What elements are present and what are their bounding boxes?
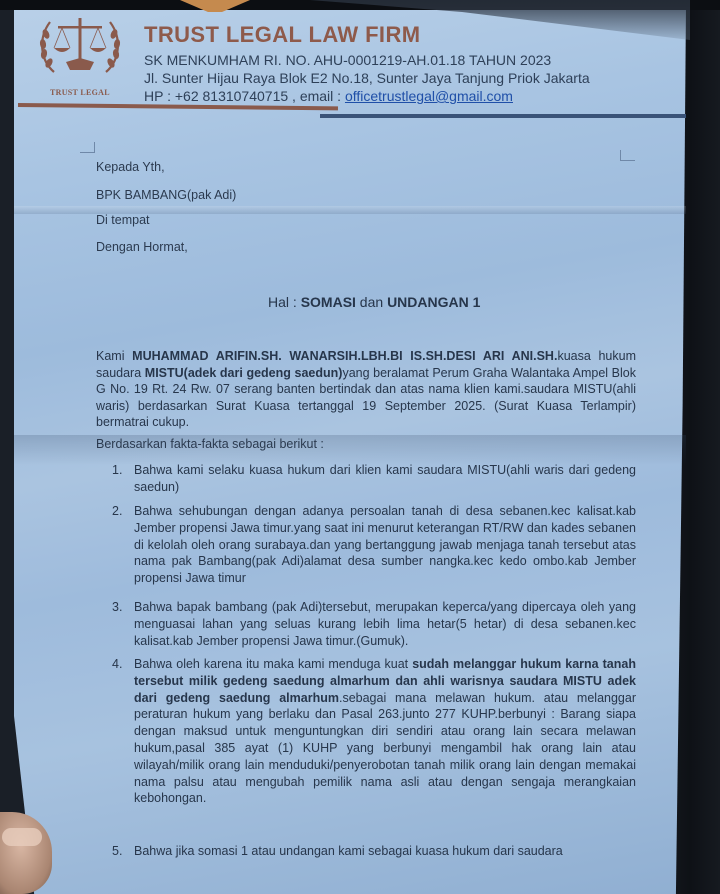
subject-line: Hal : SOMASI dan UNDANGAN 1 xyxy=(268,294,480,310)
attorney-names: MUHAMMAD ARIFIN.SH. WANARSIH.LBH.BI IS.S… xyxy=(132,349,557,363)
fact-number: 4. xyxy=(112,656,122,673)
fact-item: 4. Bahwa oleh karena itu maka kami mendu… xyxy=(112,656,636,807)
recipient-name: BPK BAMBANG(pak Adi) xyxy=(96,188,236,202)
fact-text: Bahwa sehubungan dengan adanya persoalan… xyxy=(134,504,636,585)
fact-item: 5. Bahwa jika somasi 1 atau undangan kam… xyxy=(112,843,636,860)
fact-text: Bahwa oleh karena itu maka kami menduga … xyxy=(134,657,412,671)
contact-line: HP : +62 81310740715 , email : officetru… xyxy=(144,88,513,104)
firm-address: Jl. Sunter Hijau Raya Blok E2 No.18, Sun… xyxy=(144,70,590,86)
firm-logo xyxy=(34,12,126,98)
subject-prefix: Hal : xyxy=(268,294,301,310)
email-link[interactable]: officetrustlegal@gmail.com xyxy=(345,88,513,104)
fact-text: Bahwa jika somasi 1 atau undangan kami s… xyxy=(134,844,563,858)
subject-dan: dan xyxy=(356,294,387,310)
client-name: MISTU(adek dari gedeng saedun) xyxy=(145,366,343,380)
fact-number: 2. xyxy=(112,503,122,520)
phone-text: HP : +62 81310740715 , email : xyxy=(144,88,345,104)
recipient-place: Di tempat xyxy=(96,213,150,227)
scales-of-justice-icon xyxy=(34,12,126,84)
fact-text: Bahwa kami selaku kuasa hukum dari klien… xyxy=(134,463,636,494)
subject-undangan: UNDANGAN 1 xyxy=(387,294,480,310)
fact-number: 5. xyxy=(112,843,122,860)
fact-text: .sebagai mana melawan hukum. atau melang… xyxy=(134,691,636,806)
fact-text: Bahwa bapak bambang (pak Adi)tersebut, m… xyxy=(134,600,636,648)
greeting: Dengan Hormat, xyxy=(96,240,188,254)
fact-item: 3. Bahwa bapak bambang (pak Adi)tersebut… xyxy=(112,599,636,649)
header-rule-blue xyxy=(320,114,686,118)
firm-name: TRUST LEGAL LAW FIRM xyxy=(144,22,420,48)
fact-item: 1. Bahwa kami selaku kuasa hukum dari kl… xyxy=(112,462,636,496)
logo-caption: TRUST LEGAL xyxy=(50,88,110,97)
intro-kami: Kami xyxy=(96,349,132,363)
thumbnail xyxy=(2,828,42,846)
salutation: Kepada Yth, xyxy=(96,160,165,174)
fact-number: 1. xyxy=(112,462,122,479)
intro-paragraph: Kami MUHAMMAD ARIFIN.SH. WANARSIH.LBH.BI… xyxy=(96,348,636,431)
fact-item: 2. Bahwa sehubungan dengan adanya persoa… xyxy=(112,503,636,587)
fact-number: 3. xyxy=(112,599,122,616)
margin-mark xyxy=(80,142,95,153)
facts-heading: Berdasarkan fakta-fakta sebagai berikut … xyxy=(96,437,324,451)
registration-number: SK MENKUMHAM RI. NO. AHU-0001219-AH.01.1… xyxy=(144,52,551,68)
margin-mark xyxy=(620,150,635,161)
subject-somasi: SOMASI xyxy=(301,294,356,310)
